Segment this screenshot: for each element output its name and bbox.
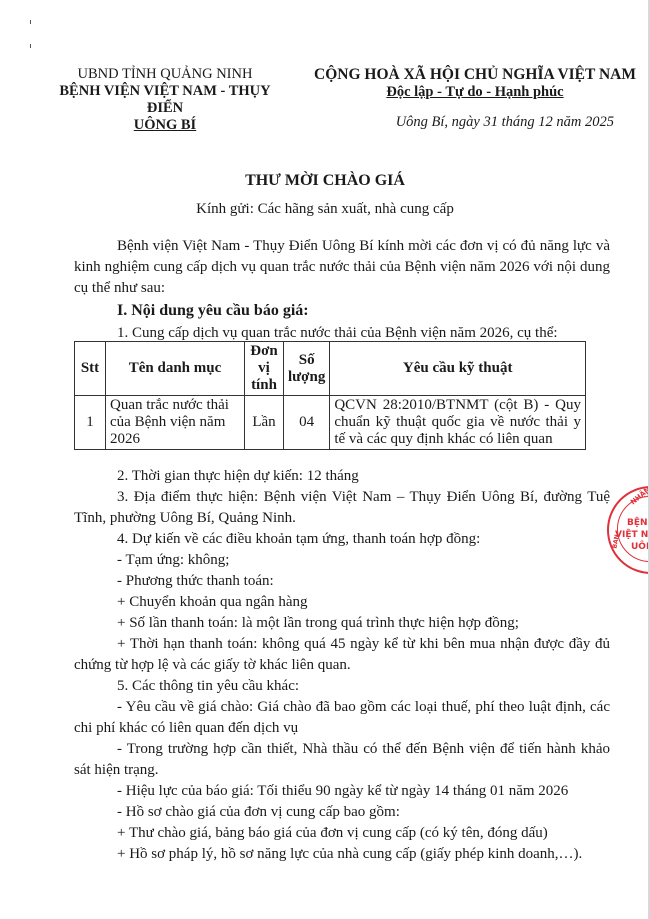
document-date: Uông Bí, ngày 31 tháng 12 năm 2025 [396, 114, 614, 131]
cell-qty: 04 [284, 396, 330, 450]
payment-count: + Số lần thanh toán: là một lần trong qu… [74, 613, 610, 634]
section-1-details: 2. Thời gian thực hiện dự kiến: 12 tháng… [74, 466, 610, 865]
stamp-line-2: VIỆT NAM [615, 530, 648, 540]
document-page: UBND TỈNH QUẢNG NINH BỆNH VIỆN VIỆT NAM … [0, 0, 650, 919]
scan-mark [30, 20, 31, 24]
stamp-inner-ring [617, 496, 648, 562]
motto: Độc lập - Tự do - Hạnh phúc [386, 84, 563, 100]
col-stt: Stt [75, 342, 106, 396]
cell-stt: 1 [75, 396, 106, 450]
col-name: Tên danh mục [106, 342, 245, 396]
item-3: 3. Địa điểm thực hiện: Bệnh viện Việt Na… [74, 487, 610, 529]
quote-validity: - Hiệu lực của báo giá: Tối thiểu 90 ngà… [74, 781, 610, 802]
document-title: THƯ MỜI CHÀO GIÁ [0, 172, 650, 190]
item-4: 4. Dự kiến về các điều khoản tạm ứng, th… [74, 529, 610, 550]
section-1-head: I. Nội dung yêu cầu báo giá: 1. Cung cấp… [74, 300, 610, 344]
stamp-line-1: BỆN [627, 518, 648, 528]
salutation: Kính gửi: Các hãng sản xuất, nhà cung cấ… [0, 201, 650, 218]
col-unit: Đơn vị tính [245, 342, 284, 396]
intro-block: Bệnh viện Việt Nam - Thụy Điển Uông Bí k… [74, 236, 610, 299]
table-header-row: Stt Tên danh mục Đơn vị tính Số lượng Yê… [75, 342, 586, 396]
cell-name: Quan trắc nước thải của Bệnh viện năm 20… [106, 396, 245, 450]
issuer-authority: UBND TỈNH QUẢNG NINH [40, 66, 290, 83]
stamp-side-text: NHẬN [629, 486, 648, 506]
issuer-name-cont: UÔNG BÍ [134, 117, 196, 133]
scan-mark [30, 44, 31, 48]
cell-requirement: QCVN 28:2010/BTNMT (cột B) - Quy chuẩn k… [330, 396, 586, 450]
item-5: 5. Các thông tin yêu cầu khác: [74, 676, 610, 697]
price-requirement: - Yêu cầu về giá chào: Giá chào đã bao g… [74, 697, 610, 739]
bank-transfer: + Chuyển khoản qua ngân hàng [74, 592, 610, 613]
issuer-name: BỆNH VIỆN VIỆT NAM - THỤY ĐIỂN [40, 83, 290, 117]
dossier-item-1: + Thư chào giá, bảng báo giá của đơn vị … [74, 823, 610, 844]
payment-term: + Thời hạn thanh toán: không quá 45 ngày… [74, 634, 610, 676]
col-qty: Số lượng [284, 342, 330, 396]
received-stamp: ĐẾN NHẬN BAN BỆN VIỆT NAM UÔI [607, 486, 648, 574]
dossier: - Hồ sơ chào giá của đơn vị cung cấp bao… [74, 802, 610, 823]
national-motto: CỘNG HOÀ XÃ HỘI CHỦ NGHĨA VIỆT NAM Độc l… [305, 66, 645, 101]
stamp-bottom-text: BAN [611, 534, 620, 549]
section-heading: I. Nội dung yêu cầu báo giá: [74, 300, 610, 321]
country-name: CỘNG HOÀ XÃ HỘI CHỦ NGHĨA VIỆT NAM [305, 66, 645, 83]
issuer-header: UBND TỈNH QUẢNG NINH BỆNH VIỆN VIỆT NAM … [40, 66, 290, 134]
col-requirement: Yêu cầu kỹ thuật [330, 342, 586, 396]
requirements-table: Stt Tên danh mục Đơn vị tính Số lượng Yê… [74, 341, 586, 450]
advance-payment: - Tạm ứng: không; [74, 550, 610, 571]
cell-unit: Lần [245, 396, 284, 450]
site-survey: - Trong trường hợp cần thiết, Nhà thầu c… [74, 739, 610, 781]
intro-paragraph: Bệnh viện Việt Nam - Thụy Điển Uông Bí k… [74, 236, 610, 299]
stamp-line-3: UÔI [631, 542, 648, 552]
dossier-item-2: + Hồ sơ pháp lý, hồ sơ năng lực của nhà … [74, 844, 610, 865]
table-row: 1 Quan trắc nước thải của Bệnh viện năm … [75, 396, 586, 450]
item-2: 2. Thời gian thực hiện dự kiến: 12 tháng [74, 466, 610, 487]
payment-method: - Phương thức thanh toán: [74, 571, 610, 592]
